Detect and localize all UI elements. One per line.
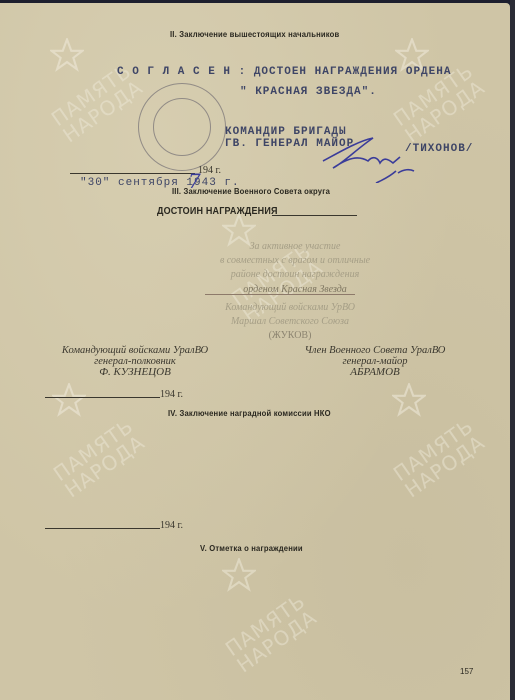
document-sheet: ПАМЯТЬНАРОДА ПАМЯТЬНАРОДА ПАМЯТЬНАРОДА П…: [0, 3, 510, 700]
date-blank-line: [70, 173, 195, 174]
typed-approval-line1: С О Г Л А С Е Н : ДОСТОЕН НАГРАЖДЕНИЯ ОР…: [117, 66, 451, 78]
page-number: 157: [460, 667, 473, 676]
signatory-right: Член Военного Совета УралВО генерал-майо…: [300, 345, 450, 378]
signatory-right-title: Член Военного Совета УралВО: [300, 345, 450, 356]
section-3-verdict: ДОСТОИН НАГРАЖДЕНИЯ: [157, 206, 278, 217]
section-2-header: II. Заключение вышестоящих начальников: [170, 29, 339, 39]
watermark-text: ПАМЯТЬНАРОДА: [222, 590, 320, 675]
section-3-header: III. Заключение Военного Совета округа: [172, 186, 330, 196]
star-icon: [392, 383, 426, 417]
faded-stamp-block: За активное участие в совместных с враго…: [210, 240, 380, 282]
signatory-left: Командующий войсками УралВО генерал-полк…: [60, 345, 210, 378]
round-seal: [138, 83, 226, 171]
watermark-text: ПАМЯТЬНАРОДА: [50, 415, 148, 500]
scan-edge: [510, 0, 515, 700]
star-icon: [222, 558, 256, 592]
faded-award-underline: [205, 294, 355, 295]
watermark-text: ПАМЯТЬНАРОДА: [390, 415, 488, 500]
signatory-left-title: Командующий войсками УралВО: [60, 345, 210, 356]
date-blank-line: [45, 397, 160, 398]
faded-commander-block: Командующий войсками УрВО Маршал Советск…: [200, 301, 380, 343]
handwritten-signature: [318, 133, 418, 183]
verdict-line: [272, 215, 357, 216]
star-icon: [52, 383, 86, 417]
date-blank-1: 194 г.: [198, 165, 221, 176]
round-seal-inner: [153, 98, 211, 156]
section-5-header: V. Отметка о награждении: [200, 543, 303, 553]
date-blank-2: 194 г.: [160, 389, 183, 400]
section-4-header: IV. Заключение наградной комиссии НКО: [168, 408, 331, 418]
signatory-left-name: Ф. КУЗНЕЦОВ: [60, 367, 210, 378]
date-blank-3: 194 г.: [160, 520, 183, 531]
signatory-right-name: АБРАМОВ: [300, 367, 450, 378]
typed-approval-line2: " КРАСНАЯ ЗВЕЗДА".: [240, 86, 377, 98]
star-icon: [50, 38, 84, 72]
date-blank-line: [45, 528, 160, 529]
